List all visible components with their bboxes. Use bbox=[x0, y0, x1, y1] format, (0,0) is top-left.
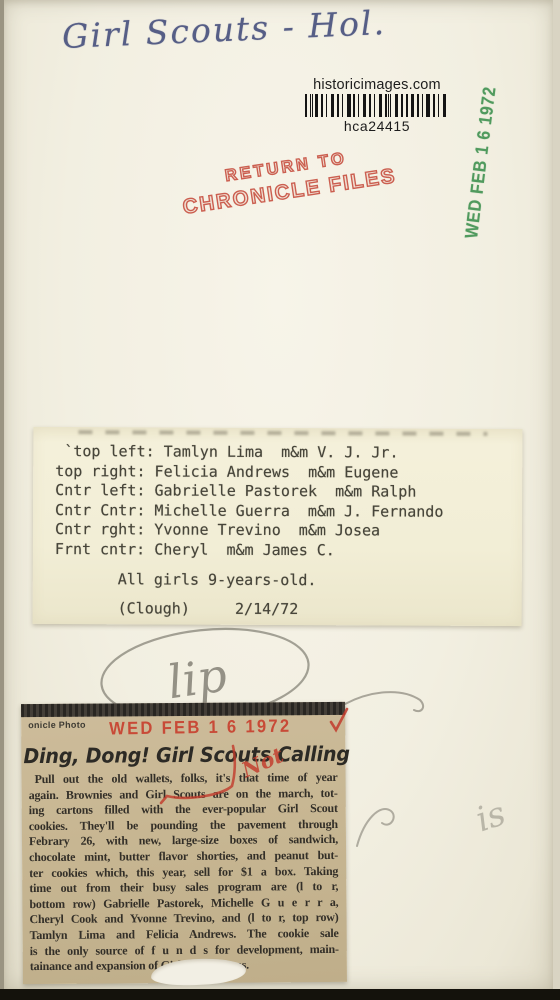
red-checkmark bbox=[331, 709, 347, 730]
scan-edge-bottom bbox=[0, 989, 560, 1000]
red-bracket-mark bbox=[161, 746, 235, 803]
scan-edge-left bbox=[0, 0, 4, 989]
red-pen-annotations: Not bbox=[0, 0, 560, 1000]
scan-edge-right bbox=[553, 0, 560, 989]
red-note-text: Not bbox=[237, 742, 288, 783]
